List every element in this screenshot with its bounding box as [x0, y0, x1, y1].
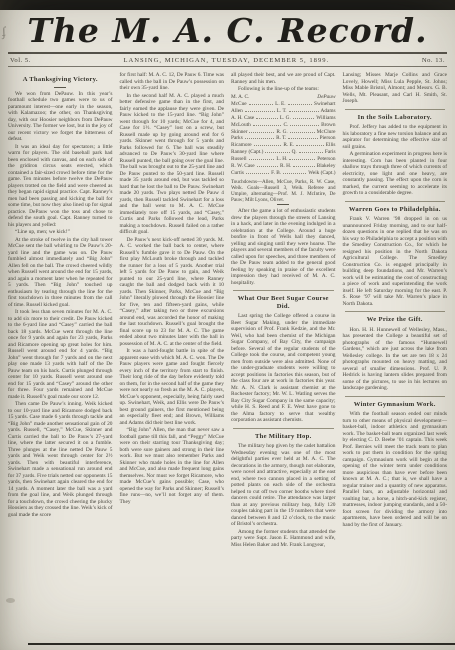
dot-leader	[293, 118, 315, 119]
lineup-position: L. H.	[276, 156, 287, 163]
dash-ornament	[277, 204, 289, 205]
lineup-position: Q.	[292, 149, 297, 156]
article-heading: A Thanksgiving Victory.	[8, 76, 113, 84]
lineup-away-player: Swinehart	[314, 101, 335, 108]
newspaper-column: all played their best, and we are proud …	[231, 72, 336, 549]
paragraph: A germination experiment in progress her…	[343, 151, 448, 197]
paragraph: The military hop given by the cadet batt…	[231, 443, 336, 528]
newspaper-page: ʄ The M. A. C. Record. Vol. 5. LANSING, …	[0, 0, 455, 650]
paragraph: Prof. Jeffery has added to the equipment…	[343, 124, 448, 150]
paragraph: After the game a lot of enthusiastic stu…	[231, 208, 336, 286]
lineup-position: F. B.	[271, 170, 281, 177]
paragraph: Among the former students that attended …	[231, 529, 336, 549]
newspaper-column: for first half: M. A. C. 12, De Pauw 6. …	[120, 72, 225, 506]
article-divider	[233, 428, 334, 429]
article-divider	[345, 201, 446, 202]
dot-leader	[253, 125, 282, 126]
scan-edge-bottom	[28, 643, 455, 645]
paragraph: In the second half M. A. C. played a muc…	[120, 93, 225, 236]
article-heading: What Our Beet Sugar Course Did.	[231, 295, 336, 310]
issue-label: No. 13.	[422, 57, 445, 64]
dot-leader	[290, 132, 315, 133]
lineup-home-player: McCue	[231, 101, 247, 108]
lineup-row: CurtisF. B.Weik (Capt.)	[231, 170, 336, 177]
lineup-away-player: Ellis	[326, 142, 336, 149]
lineup-home-player: Curtis	[231, 170, 244, 177]
paragraph: Touchdowns—Allen, McCue, Parks, R. W. Ca…	[231, 179, 336, 203]
dateline-bar: Vol. 5. LANSING, MICHIGAN, TUESDAY, DECE…	[8, 52, 447, 67]
article-heading: We Prize the Gift.	[343, 316, 448, 324]
lineup-home-player: Skinner	[231, 129, 247, 136]
newspaper-column: A Thanksgiving Victory.We won from DePau…	[8, 72, 113, 519]
scan-smudge	[6, 598, 15, 603]
paragraph: At the stroke of twelve in the city hall…	[8, 237, 113, 309]
lineup-position: L. G.	[280, 115, 291, 122]
lineup-away-player: Peterson	[317, 156, 335, 163]
lineup-position: R. T.	[276, 135, 286, 142]
lineup-home-player: Russell	[231, 156, 247, 163]
lineup-row: RussellL. H.Peterson	[231, 156, 336, 163]
lineup-row: ParksR. T.Pierson	[231, 135, 336, 142]
lineup-away-player: Pierson	[320, 135, 336, 142]
dot-leader	[290, 125, 319, 126]
paragraph: all played their best, and we are proud …	[231, 72, 336, 85]
lineup-position: R. H.	[280, 163, 291, 170]
paragraph: “Line up, men; we kick!”	[8, 229, 113, 236]
lineup-away-player: Adams	[321, 108, 336, 115]
dot-leader	[257, 166, 278, 167]
article-heading: The Military Hop.	[231, 433, 336, 441]
paragraph: for first half: M. A. C. 12, De Pauw 6. …	[120, 72, 225, 92]
dot-leader	[249, 104, 273, 105]
dot-leader	[288, 104, 312, 105]
paragraph: It was an ideal day for spectators; a li…	[8, 144, 113, 229]
lineup-row: R. W. CaseR. H.Blakeley	[231, 163, 336, 170]
lineup-home-player: McLouth	[231, 122, 251, 129]
article-divider	[345, 311, 446, 312]
lineup-away-player: McClure	[317, 129, 336, 136]
dot-leader	[246, 173, 269, 174]
article-divider	[233, 290, 334, 291]
columns: A Thanksgiving Victory.We won from DePau…	[0, 67, 455, 549]
paragraph: Following is the line-up of the teams:	[231, 86, 336, 93]
dot-leader	[293, 166, 314, 167]
paragraph: It took less than seven minutes for M. A…	[8, 309, 113, 400]
article-heading: In the Soils Laboratory.	[343, 114, 448, 122]
lineup-row: A. H. CaseL. G.Williams	[231, 115, 336, 122]
paragraph: Last spring the College offered a course…	[231, 313, 336, 424]
lineup-away-player: Weik (Capt.)	[308, 170, 335, 177]
masthead-title: The M. A. C. Record.	[0, 13, 455, 49]
dot-leader	[296, 145, 324, 146]
paragraph: With the football season ended our minds…	[343, 411, 448, 528]
lineup-row: SkinnerR. G.McClure	[231, 129, 336, 136]
lineup-position: R. E.	[283, 142, 294, 149]
dot-leader	[299, 152, 323, 153]
dot-leader	[289, 159, 315, 160]
lineup-position: L. E.	[275, 101, 285, 108]
volume-label: Vol. 5.	[10, 57, 31, 64]
lineup-home-player: Ranney (Capt.)	[231, 149, 263, 156]
paragraph: Then came De Pauw’s inning. Weik kicked …	[8, 401, 113, 518]
dot-leader	[288, 138, 317, 139]
dash-ornament	[54, 87, 66, 88]
lineup-home-player: A. H. Case	[231, 115, 254, 122]
dot-leader	[249, 159, 275, 160]
dot-leader	[265, 152, 289, 153]
lineup-position: R. G.	[276, 129, 287, 136]
lineup-away-team: DePauw	[317, 94, 335, 101]
lineup-row: AllenL. T.Adams	[231, 108, 336, 115]
lineup-home-player: R. W. Case	[231, 163, 255, 170]
lineup-header: M. A. C.DePauw	[231, 94, 336, 101]
lineup-position: C.	[283, 122, 288, 129]
article-heading: Winter Gymnasium Work.	[343, 401, 448, 409]
lineup-away-player: Blakeley	[317, 163, 336, 170]
lineup-home-player: Allen	[231, 108, 243, 115]
lineup-away-player: Brown	[321, 122, 335, 129]
dot-leader	[249, 132, 274, 133]
article-divider	[345, 396, 446, 397]
lineup-home-team: M. A. C.	[231, 94, 249, 101]
lineup-away-player: Williams	[316, 115, 335, 122]
dot-leader	[289, 111, 319, 112]
paragraph: “Big John” Allen, the man that never saw…	[120, 427, 225, 505]
lineup-row: McCueL. E.Swinehart	[231, 101, 336, 108]
dot-leader	[245, 111, 275, 112]
paragraph: De Pauw’s next kick-off netted 30 yards.…	[120, 237, 225, 348]
paragraph: We won from DePauw. In this year’s footb…	[8, 91, 113, 143]
lineup-row: Ranney (Capt.)Q.Faris	[231, 149, 336, 156]
lineup-row: McLouthC.Brown	[231, 122, 336, 129]
dateline: LANSING, MICHIGAN, TUESDAY, DECEMBER 5, …	[123, 57, 329, 64]
paragraph: It was a hard-fought battle in spite of …	[120, 348, 225, 426]
lineup-table: M. A. C.DePauwMcCueL. E.SwinehartAllenL.…	[231, 94, 336, 177]
newspaper-column: Lansing; Misses Marje Collins and Grace …	[343, 72, 448, 529]
dot-leader	[256, 118, 278, 119]
lineup-away-player: Faris	[325, 149, 336, 156]
dot-leader	[283, 173, 306, 174]
scan-edge-top	[0, 0, 455, 10]
dot-leader	[254, 145, 282, 146]
lineup-home-player: Parks	[231, 135, 243, 142]
article-divider	[345, 109, 446, 110]
paragraph: Frank V. Warren ’98 dropped in on us una…	[343, 216, 448, 307]
paragraph: Hon. H. H. Hunnewell of Wellesley, Mass.…	[343, 327, 448, 392]
article-heading: Warren Goes to Philadelphia.	[343, 206, 448, 214]
dot-leader	[245, 138, 274, 139]
paragraph: Lansing; Misses Marje Collins and Grace …	[343, 72, 448, 105]
lineup-position: L. T.	[277, 108, 287, 115]
